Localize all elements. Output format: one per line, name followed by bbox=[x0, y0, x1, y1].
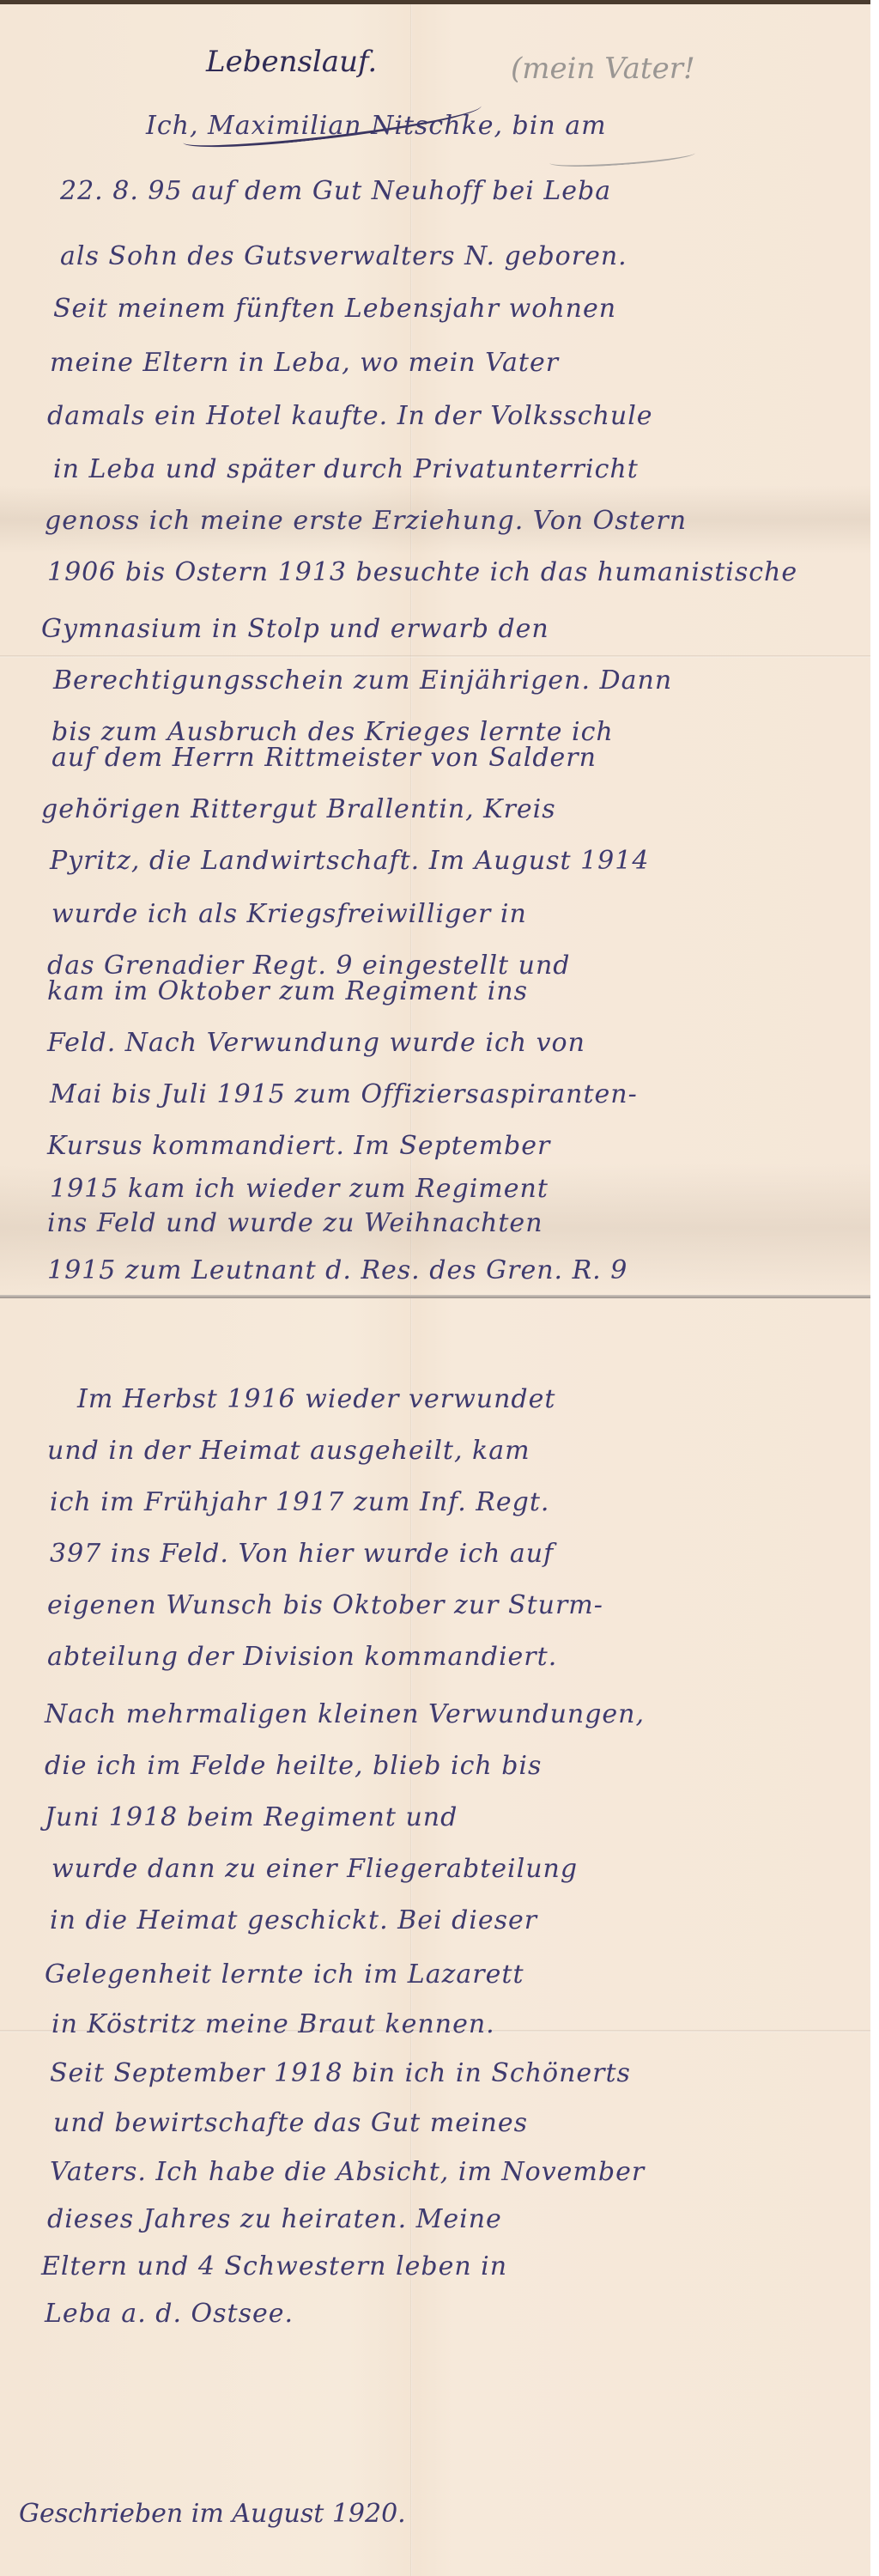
text-line: 22. 8. 95 auf dem Gut Neuhoff bei Leba bbox=[60, 179, 611, 204]
text-line: abteilung der Division kommandiert. bbox=[47, 1644, 557, 1670]
text-line: wurde ich als Kriegsfreiwilliger in bbox=[52, 902, 527, 927]
text-line: genoss ich meine erste Erziehung. Von Os… bbox=[45, 508, 687, 534]
text-line: dieses Jahres zu heiraten. Meine bbox=[47, 2207, 502, 2233]
text-line: eigenen Wunsch bis Oktober zur Sturm- bbox=[47, 1593, 603, 1619]
text-line: als Sohn des Gutsverwalters N. geboren. bbox=[60, 244, 627, 270]
document-title: Lebenslauf. bbox=[206, 45, 377, 79]
text-line: Pyritz, die Landwirtschaft. Im August 19… bbox=[50, 848, 649, 874]
text-line: in die Heimat geschickt. Bei dieser bbox=[50, 1908, 537, 1934]
text-line: Mai bis Juli 1915 zum Offiziersaspirante… bbox=[50, 1082, 638, 1108]
text-line: Seit meinem fünften Lebensjahr wohnen bbox=[53, 296, 616, 322]
text-line: auf dem Herrn Rittmeister von Saldern bbox=[52, 745, 597, 771]
text-line: und bewirtschafte das Gut meines bbox=[53, 2111, 528, 2136]
text-line: 397 ins Feld. Von hier wurde ich auf bbox=[50, 1541, 554, 1567]
text-line: wurde dann zu einer Fliegerabteilung bbox=[52, 1856, 578, 1882]
text-line: Gelegenheit lernte ich im Lazarett bbox=[45, 1962, 524, 1988]
text-line: Juni 1918 beim Regiment und bbox=[45, 1805, 458, 1831]
text-line: Seit September 1918 bin ich in Schönerts bbox=[50, 2061, 631, 2087]
text-line: damals ein Hotel kaufte. In der Volkssch… bbox=[47, 404, 653, 429]
text-line: Berechtigungsschein zum Einjährigen. Dan… bbox=[53, 668, 672, 694]
text-line: Gymnasium in Stolp und erwarb den bbox=[41, 617, 549, 642]
text-line: das Grenadier Regt. 9 eingestellt und bbox=[47, 953, 570, 979]
text-line: Feld. Nach Verwundung wurde ich von bbox=[47, 1030, 585, 1056]
text-line: Kursus kommandiert. Im September bbox=[47, 1133, 550, 1159]
text-line: 1915 kam ich wieder zum Regiment bbox=[50, 1176, 549, 1202]
text-line: Leba a. d. Ostsee. bbox=[45, 2301, 294, 2327]
text-line: ich im Frühjahr 1917 zum Inf. Regt. bbox=[50, 1490, 549, 1516]
text-line: bis zum Ausbruch des Krieges lernte ich bbox=[52, 720, 614, 745]
text-line: Eltern und 4 Schwestern leben in bbox=[41, 2254, 507, 2280]
text-line: in Köstritz meine Braut kennen. bbox=[52, 2012, 495, 2038]
text-line: in Leba und später durch Privatunterrich… bbox=[53, 457, 639, 483]
text-line: und in der Heimat ausgeheilt, kam bbox=[47, 1438, 530, 1464]
text-line: ins Feld und wurde zu Weihnachten bbox=[47, 1211, 543, 1236]
text-line: kam im Oktober zum Regiment ins bbox=[47, 979, 528, 1005]
text-line: 1915 zum Leutnant d. Res. des Gren. R. 9 bbox=[47, 1258, 627, 1284]
text-line: meine Eltern in Leba, wo mein Vater bbox=[50, 350, 559, 376]
signature-date-line: Geschrieben im August 1920. bbox=[19, 2499, 406, 2529]
text-line: 1906 bis Ostern 1913 besuchte ich das hu… bbox=[47, 560, 797, 586]
text-line: gehörigen Rittergut Brallentin, Kreis bbox=[41, 797, 556, 823]
margin-note: (mein Vater! bbox=[511, 52, 695, 86]
text-line: Vaters. Ich habe die Absicht, im Novembe… bbox=[50, 2160, 645, 2185]
text-line: die ich im Felde heilte, blieb ich bis bbox=[45, 1753, 542, 1779]
text-line: Ich, Maximilian Nitschke, bin am bbox=[146, 113, 607, 139]
horizontal-fold-line bbox=[0, 655, 870, 658]
text-line: Nach mehrmaligen kleinen Verwundungen, bbox=[45, 1702, 645, 1728]
text-line: Im Herbst 1916 wieder verwundet bbox=[77, 1387, 555, 1413]
